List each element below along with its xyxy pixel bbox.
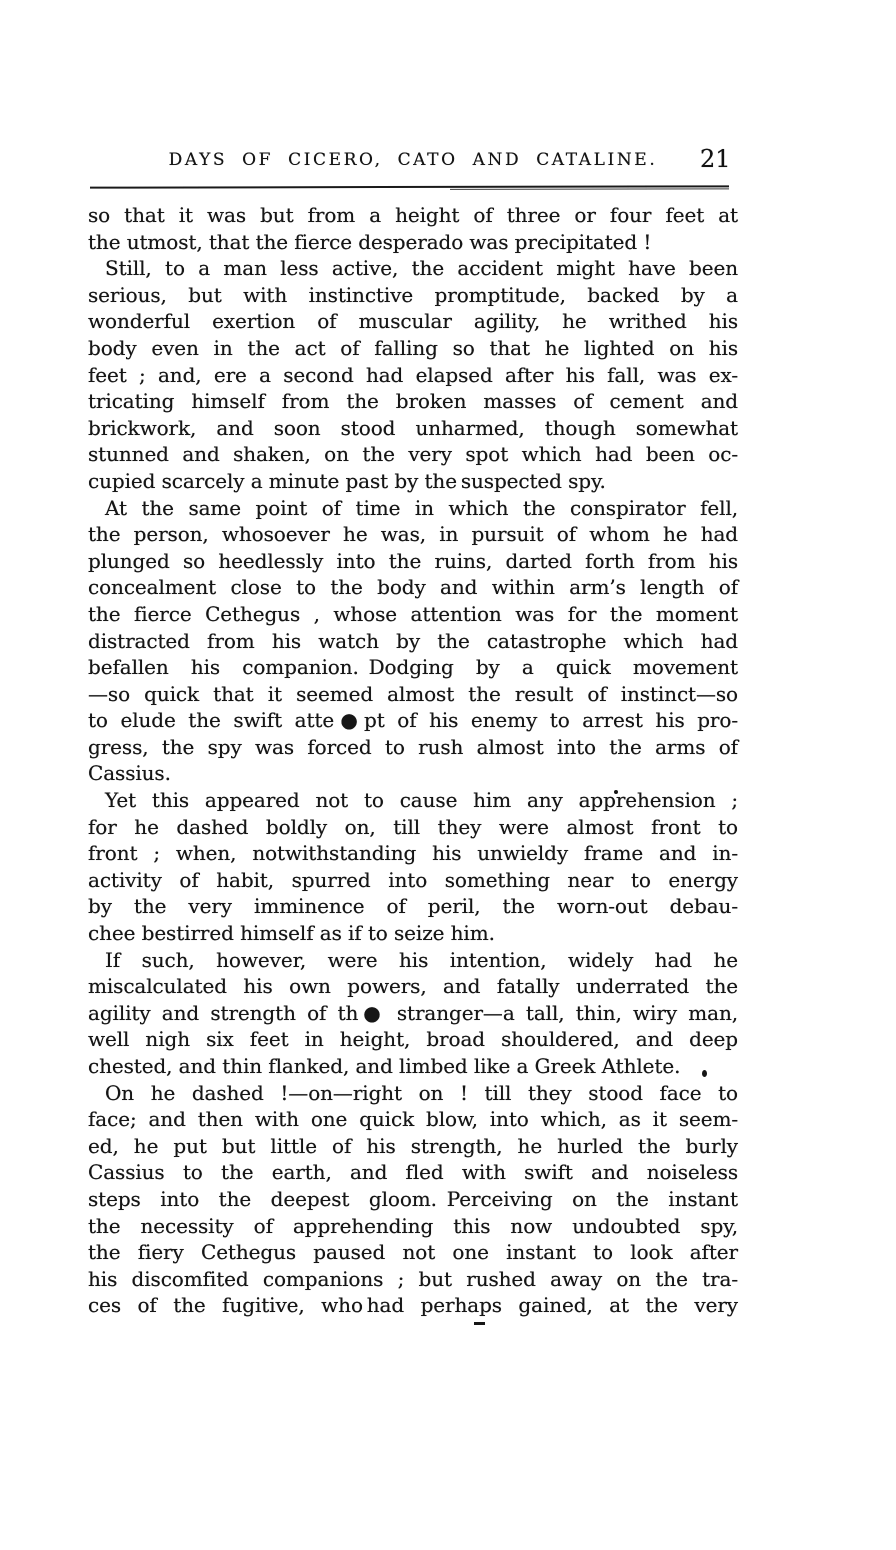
text-line: On he dashed !—on—right on ! till they s… <box>88 1080 738 1107</box>
text-line: —so quick that it seemed almost the resu… <box>88 681 738 708</box>
text-line: so that it was but from a height of thre… <box>88 202 738 229</box>
smudge-dash-bottom-center <box>474 1322 485 1325</box>
text-line: tricating himself from the broken masses… <box>88 388 738 415</box>
text-line: the necessity of apprehending this now u… <box>88 1213 738 1240</box>
text-line: chee bestirred himself as if to seize hi… <box>88 920 738 947</box>
text-line: Cassius to the earth, and fled with swif… <box>88 1159 738 1186</box>
text-line: concealment close to the body and within… <box>88 574 738 601</box>
text-line: to elude the swift atte●pt of his enemy … <box>88 707 738 734</box>
text-line: his discomfited companions ; but rushed … <box>88 1266 738 1293</box>
text-line: for he dashed boldly on, till they were … <box>88 814 738 841</box>
text-line: activity of habit, spurred into somethin… <box>88 867 738 894</box>
text-line: feet ; and, ere a second had elapsed aft… <box>88 362 738 389</box>
text-line: brickwork, and soon stood unharmed, thou… <box>88 415 738 442</box>
text-line: chested, and thin flanked, and limbed li… <box>88 1053 738 1080</box>
text-line: cupied scarcely a minute past by the sus… <box>88 468 738 495</box>
text-line: ces of the fugitive, who had perhaps gai… <box>88 1292 738 1319</box>
text-line: steps into the deepest gloom. Perceiving… <box>88 1186 738 1213</box>
text-line: the person, whosoever he was, in pursuit… <box>88 521 738 548</box>
text-line: front ; when, notwithstanding his unwiel… <box>88 840 738 867</box>
text-line: stunned and shaken, on the very spot whi… <box>88 441 738 468</box>
header-rule <box>90 185 729 189</box>
text-line: Yet this appeared not to cause him any a… <box>88 787 738 814</box>
body-text: so that it was but from a height of thre… <box>88 202 738 1319</box>
text-line: gress, the spy was forced to rush almost… <box>88 734 738 761</box>
book-page-scan: DAYS OF CICERO, CATO AND CATALINE. 21 so… <box>0 0 896 1550</box>
text-line: miscalculated his own powers, and fatall… <box>88 973 738 1000</box>
ink-speck-below-athlete <box>702 1070 707 1077</box>
text-line: body even in the act of falling so that … <box>88 335 738 362</box>
running-header-title: DAYS OF CICERO, CATO AND CATALINE. <box>88 150 738 170</box>
page-number: 21 <box>700 145 731 173</box>
ink-speck-above-apprehension <box>614 790 618 794</box>
text-line: well nigh six feet in height, broad shou… <box>88 1026 738 1053</box>
text-line: the fiery Cethegus paused not one instan… <box>88 1239 738 1266</box>
text-line: befallen his companion. Dodging by a qui… <box>88 654 738 681</box>
text-line: face; and then with one quick blow, into… <box>88 1106 738 1133</box>
text-line: Cassius. <box>88 760 738 787</box>
text-line: the fierce Cethegus , whose attention wa… <box>88 601 738 628</box>
text-line: ed, he put but little of his strength, h… <box>88 1133 738 1160</box>
text-line: At the same point of time in which the c… <box>88 495 738 522</box>
running-header: DAYS OF CICERO, CATO AND CATALINE. 21 <box>88 150 738 180</box>
text-line: by the very imminence of peril, the worn… <box>88 893 738 920</box>
text-line: If such, however, were his intention, wi… <box>88 947 738 974</box>
text-line: agility and strength of th● stranger—a t… <box>88 1000 738 1027</box>
text-line: serious, but with instinctive promptitud… <box>88 282 738 309</box>
text-line: Still, to a man less active, the acciden… <box>88 255 738 282</box>
text-line: plunged so heedlessly into the ruins, da… <box>88 548 738 575</box>
text-line: wonderful exertion of muscular agility, … <box>88 308 738 335</box>
text-line: the utmost, that the fierce desperado wa… <box>88 229 738 256</box>
text-line: distracted from his watch by the catastr… <box>88 628 738 655</box>
